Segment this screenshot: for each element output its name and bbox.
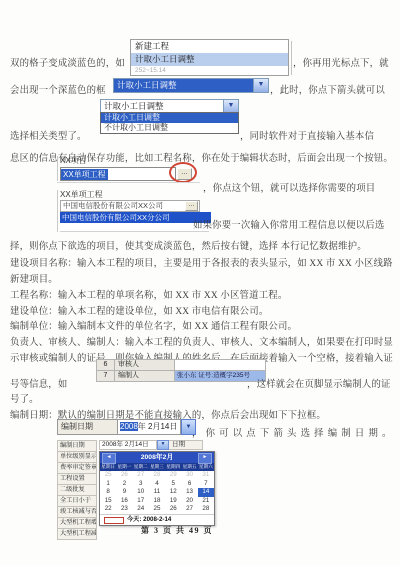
selected-text: XX单项工程 xyxy=(61,169,108,180)
calendar-day[interactable]: 10 xyxy=(133,488,149,497)
calendar-day[interactable]: 4 xyxy=(149,480,165,489)
calendar-day[interactable]: 20 xyxy=(181,497,197,506)
calendar-day[interactable]: 17 xyxy=(133,497,149,506)
calendar-day[interactable]: 7 xyxy=(198,480,214,489)
body-text: 建设项目名称：输入本工程的项目，主要是用于各报表的表头显示，如 XX 市 XX … xyxy=(10,255,393,269)
calendar-weekday: 星期五 xyxy=(181,463,197,471)
calendar-day[interactable]: 31 xyxy=(198,471,214,480)
body-text: 号了。 xyxy=(10,391,39,405)
body-text: 选择相关类型了。 xyxy=(10,128,87,142)
calendar-weekday: 星期二 xyxy=(133,463,149,471)
calendar-day[interactable]: 24 xyxy=(133,505,149,514)
body-text: 如果你要一次输入你常用工程信息以便以后选 xyxy=(193,217,385,231)
body-text: 工程名称：输入本工程的单项名称，如 XX 市 XX 小区管道工程。 xyxy=(10,287,287,301)
calendar-weekday: 星期六 xyxy=(198,463,214,471)
calendar-day[interactable]: 30 xyxy=(181,471,197,480)
divider xyxy=(57,182,200,183)
dropdown-option-list: 计取小工日调整不计取小工日调整 xyxy=(100,112,239,134)
calendar-week-row: 891011121314 xyxy=(100,488,214,497)
row-number-cell: 6 xyxy=(97,360,115,371)
calendar-day[interactable]: 11 xyxy=(149,488,165,497)
calendar-weekday: 星期四 xyxy=(165,463,181,471)
calendar-day[interactable]: 27 xyxy=(181,505,197,514)
body-text: ，你再用光标点下，就 xyxy=(293,55,389,69)
page-number-footer: 第 3 页 共 49 页 xyxy=(57,525,297,536)
date-rest: 年 2月14日 xyxy=(138,422,178,431)
calendar-week-row: 25262728293031 xyxy=(100,471,214,480)
dropdown-option[interactable]: 不计取小工日调整 xyxy=(101,123,238,133)
calendar-prev-icon[interactable]: ◄ xyxy=(102,453,116,464)
calendar-day[interactable]: 25 xyxy=(149,505,165,514)
table-row: 7编制人张小东 证号:造概字235号 xyxy=(97,371,266,382)
listbox-item[interactable]: 新建工程 xyxy=(131,40,288,53)
calendar-day[interactable]: 15 xyxy=(100,497,116,506)
selected-year: 2008 xyxy=(120,422,138,431)
calendar-day[interactable]: 28 xyxy=(198,505,214,514)
calendar-today-row[interactable]: 今天: 2008-2-14 xyxy=(100,514,214,525)
body-text: 双的格子变成淡蓝色的，如 xyxy=(10,55,125,69)
combobox-value: 计取小工日调整 xyxy=(114,79,253,92)
document-page: 新建工程计取小工日调整252~15.14 双的格子变成淡蓝色的，如 ，你再用光标… xyxy=(0,0,400,566)
row-label-cell: 编制人 xyxy=(115,371,175,382)
input-text: 中国电信股份有限公司XX公司 xyxy=(63,201,163,210)
calendar-header: ◄ 2008年2月 ► xyxy=(100,452,214,463)
body-text: ，你点这个钮，就可以选择你需要的项目 xyxy=(203,180,375,194)
calendar-day[interactable]: 26 xyxy=(165,505,181,514)
empty-row xyxy=(60,223,209,232)
today-label[interactable]: 今天: 2008-2-14 xyxy=(127,515,171,525)
calendar-next-icon[interactable]: ► xyxy=(198,453,212,464)
body-text: ，同时软件对于直接输入基本信 xyxy=(240,128,374,142)
calendar-day[interactable]: 23 xyxy=(116,505,132,514)
calendar-grid: 2526272829303112345678910111213141516171… xyxy=(100,471,214,514)
dropdown-arrow-icon[interactable]: ▼ xyxy=(157,440,169,450)
calendar-day[interactable]: 2 xyxy=(116,480,132,489)
calendar-day[interactable]: 6 xyxy=(181,480,197,489)
calendar-day[interactable]: 26 xyxy=(116,471,132,480)
body-text: ，此时，你点下箭头就可以 xyxy=(270,82,385,96)
body-text: 新建项目。 xyxy=(10,271,58,285)
date-field-value[interactable]: 2008年 2月14日 xyxy=(118,419,181,435)
calendar-weekday: 星期一 xyxy=(116,463,132,471)
dropdown-arrow-icon[interactable]: ▼ xyxy=(253,79,268,92)
project-input[interactable]: XX单项工程 xyxy=(60,167,176,181)
calendar-day[interactable]: 21 xyxy=(198,497,214,506)
listbox-partial-row: 252~15.14 xyxy=(131,66,288,75)
calendar-weekday-row: 星期日星期一星期二星期三星期四星期五星期六 xyxy=(100,463,214,471)
field-label: XX单项工程 xyxy=(60,190,212,199)
body-text: 编制单位：输入编制本文件的单位名字，如 XX 通信工程有限公司。 xyxy=(10,318,297,332)
calendar-day[interactable]: 13 xyxy=(181,488,197,497)
calendar-day[interactable]: 18 xyxy=(149,497,165,506)
calendar-day[interactable]: 22 xyxy=(100,505,116,514)
calendar-day[interactable]: 14 xyxy=(198,488,214,497)
date-column-header: 日期 xyxy=(169,440,203,450)
body-text: 号等信息，如 xyxy=(10,376,67,390)
calendar-weekday: 星期日 xyxy=(100,463,116,471)
calendar-day[interactable]: 19 xyxy=(165,497,181,506)
body-text: 择，则你点下欲选的项目，使其变成淡蓝色，然后按右键，选择 本行记忆数据维护。 xyxy=(10,238,367,252)
calendar-day[interactable]: 28 xyxy=(149,471,165,480)
table-row: 6审核人 xyxy=(97,360,266,371)
calendar-day[interactable]: 8 xyxy=(100,488,116,497)
unit-project-block: XX单项工程 中国电信股份有限公司XX公司 … 中国电信股份有限公司XX分公司 xyxy=(57,190,212,232)
calendar-weekday: 星期三 xyxy=(149,463,165,471)
screenshot-edge-fragment xyxy=(291,41,292,75)
form-date-row: 2008年 2月14日 ▼ 日期 xyxy=(99,440,203,450)
row-value-cell[interactable] xyxy=(175,360,266,371)
calendar-day[interactable]: 3 xyxy=(133,480,149,489)
calendar-day[interactable]: 16 xyxy=(116,497,132,506)
row-number-cell: 7 xyxy=(97,371,115,382)
annotation-circle xyxy=(169,162,197,183)
worklist-listbox: 新建工程计取小工日调整252~15.14 xyxy=(130,39,289,76)
calendar-day[interactable]: 5 xyxy=(165,480,181,489)
calendar-week-row: 15161718192021 xyxy=(100,497,214,506)
body-text: 建设单位：输入本工程的建设单位，如 XX 市电信有限公司。 xyxy=(10,303,268,317)
body-text: ，这样就会在页脚显示编制人的证 xyxy=(247,376,391,390)
calendar-week-row: 22232425262728 xyxy=(100,505,214,514)
browse-button[interactable]: … xyxy=(185,201,198,211)
calendar-title: 2008年2月 xyxy=(100,452,214,463)
calendar-day[interactable]: 1 xyxy=(100,480,116,489)
unit-input[interactable]: 中国电信股份有限公司XX公司 … xyxy=(60,200,200,212)
calendar-day[interactable]: 29 xyxy=(165,471,181,480)
today-marker-icon xyxy=(104,517,124,524)
dropdown-option[interactable]: 计取小工日调整 xyxy=(101,113,238,123)
date-picker-row: 编制日期 2008年 2月14日 ▼ xyxy=(57,419,196,435)
calendar-day[interactable]: 27 xyxy=(133,471,149,480)
body-text: ，你可以点下箭头选择编制日期。 xyxy=(192,425,396,439)
calendar-day[interactable]: 25 xyxy=(100,471,116,480)
body-text: 会出现一个深蓝色的框 xyxy=(10,82,106,96)
row-label-cell: 审核人 xyxy=(115,360,175,371)
listbox-item[interactable]: 计取小工日调整 xyxy=(131,53,288,66)
date-field-label: 编制日期 xyxy=(57,419,118,435)
labor-day-combobox[interactable]: 计取小工日调整 ▼ xyxy=(113,78,269,93)
person-table: 6审核人7编制人张小东 证号:造概字235号 xyxy=(96,359,266,382)
calendar-week-row: 1234567 xyxy=(100,480,214,489)
calendar-day[interactable]: 9 xyxy=(116,488,132,497)
body-text: 负责人、审核人、编制人：输入本工程的负责人、审核人、文本编制人，如果要在打印时显 xyxy=(10,334,393,348)
selected-row[interactable]: 中国电信股份有限公司XX分公司 xyxy=(60,212,211,223)
date-cell[interactable]: 2008年 2月14日 xyxy=(99,440,157,450)
calendar-day[interactable]: 12 xyxy=(165,488,181,497)
calendar-popup: ◄ 2008年2月 ► 星期日星期一星期二星期三星期四星期五星期六 252627… xyxy=(99,451,215,526)
